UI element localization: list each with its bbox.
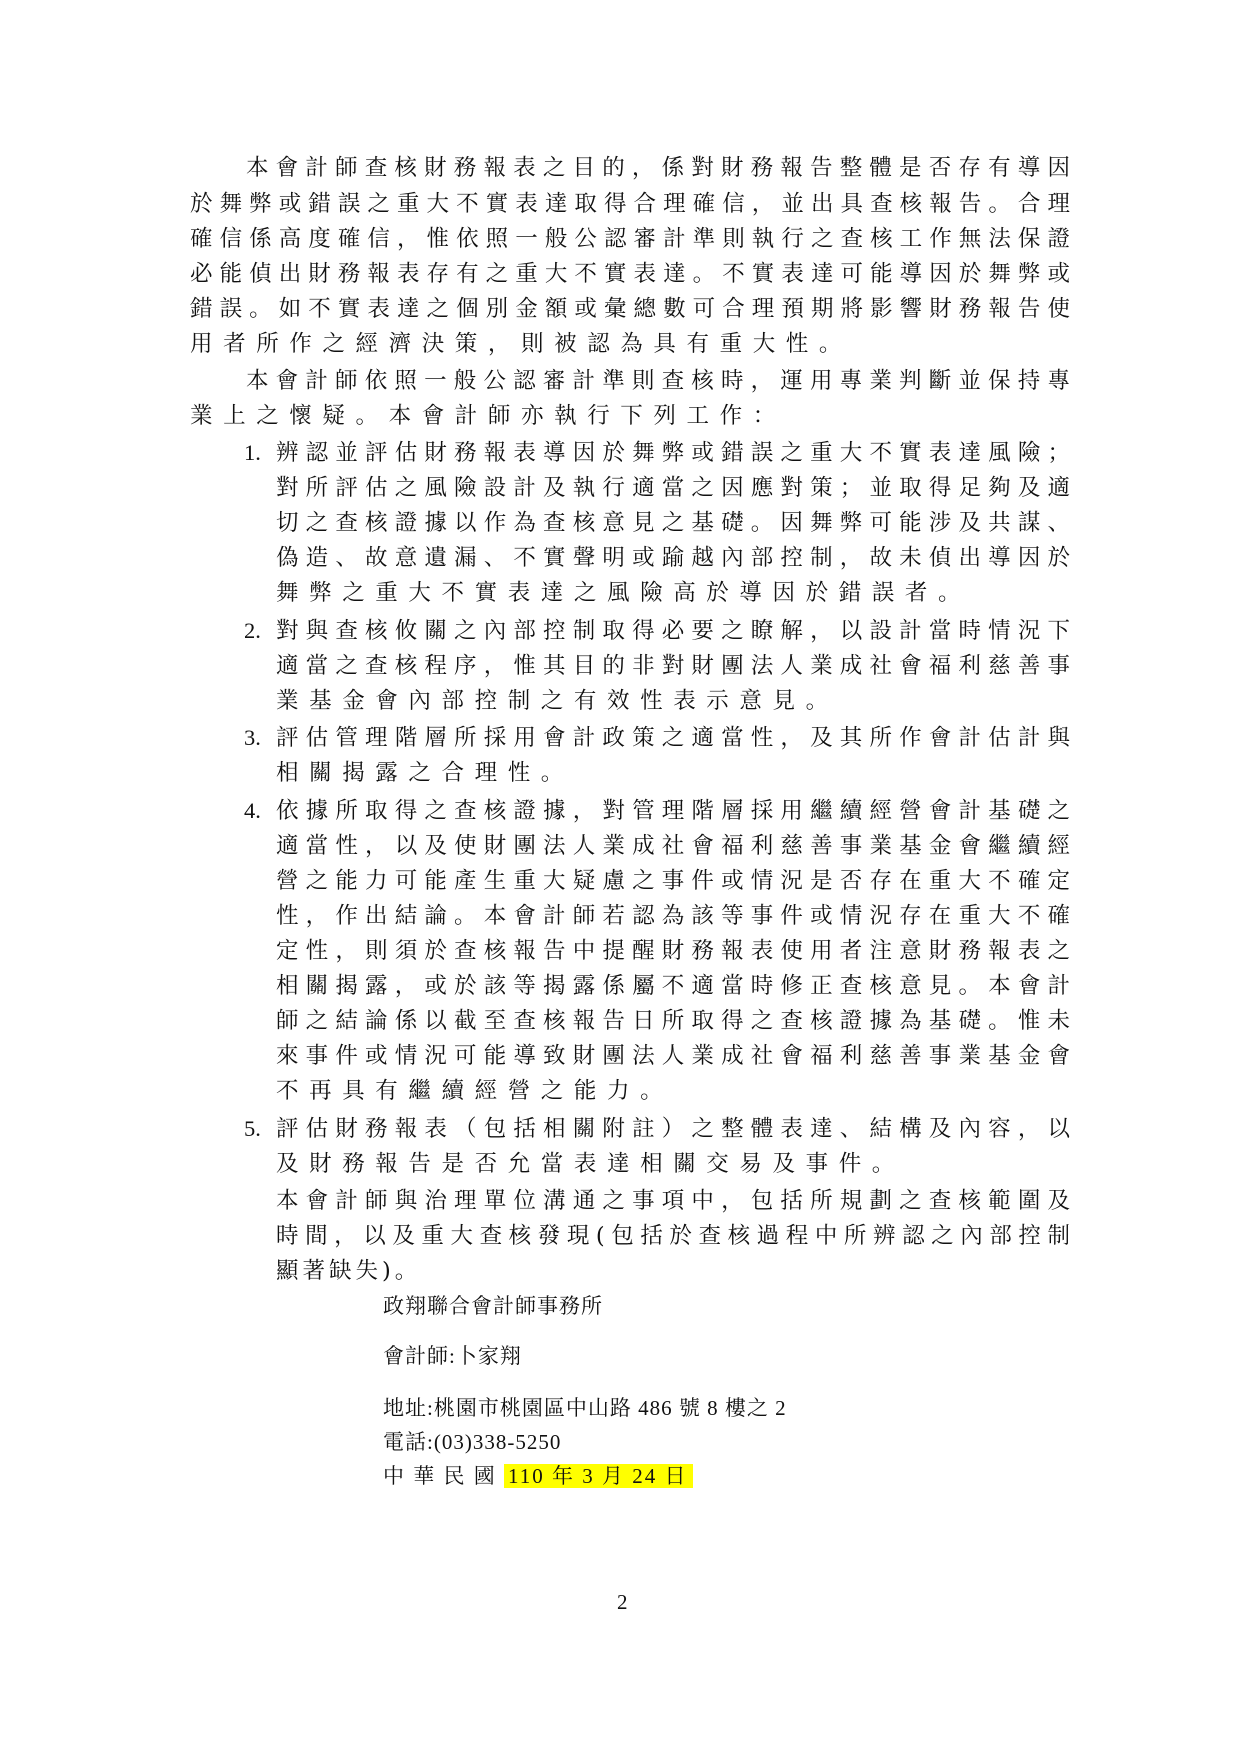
phone-line: 電話:(03)338-5250 bbox=[383, 1428, 561, 1456]
text-line: 定性，則須於查核報告中提醒財務報表使用者注意財務報表之 bbox=[276, 936, 1070, 966]
text-line: 適當性，以及使財團法人業成社會福利慈善事業基金會繼續經 bbox=[276, 831, 1070, 861]
text-line: 相關揭露，或於該等揭露係屬不適當時修正查核意見。本會計 bbox=[276, 971, 1070, 1001]
text-line: 依據所取得之查核證據，對管理階層採用繼續經營會計基礎之 bbox=[276, 796, 1070, 826]
text-line: 性，作出結論。本會計師若認為該等事件或情況存在重大不確 bbox=[276, 901, 1070, 931]
document-page: 本會計師查核財務報表之目的，係對財務報告整體是否存有導因 於舞弊或錯誤之重大不實… bbox=[0, 0, 1241, 1755]
text-line: 評估財務報表（包括相關附註）之整體表達、結構及內容，以 bbox=[276, 1114, 1070, 1144]
text-line: 師之結論係以截至查核報告日所取得之查核證據為基礎。惟未 bbox=[276, 1006, 1070, 1036]
text-line: 業上之懷疑。本會計師亦執行下列工作： bbox=[190, 401, 786, 431]
firm-name: 政翔聯合會計師事務所 bbox=[383, 1292, 603, 1320]
text-line: 本會計師與治理單位溝通之事項中，包括所規劃之查核範圍及 bbox=[276, 1186, 1070, 1216]
text-line: 對與查核攸關之內部控制取得必要之瞭解，以設計當時情況下 bbox=[276, 616, 1070, 646]
text-line: 用者所作之經濟決策，則被認為具有重大性。 bbox=[190, 329, 852, 359]
text-line: 辨認並評估財務報表導因於舞弊或錯誤之重大不實表達風險； bbox=[276, 438, 1070, 468]
address-label: 地址: bbox=[383, 1396, 434, 1420]
address-line: 地址:桃園市桃園區中山路 486 號 8 樓之 2 bbox=[383, 1394, 787, 1422]
text-line: 營之能力可能產生重大疑慮之事件或情況是否存在重大不確定 bbox=[276, 866, 1070, 896]
list-number: 5. bbox=[244, 1114, 261, 1144]
text-line: 偽造、故意遺漏、不實聲明或踰越內部控制，故未偵出導因於 bbox=[276, 543, 1070, 573]
text-line: 必能偵出財務報表存有之重大不實表達。不實表達可能導因於舞弊或 bbox=[190, 259, 1070, 289]
date-line: 中 華 民 國 110 年 3 月 24 日 bbox=[383, 1462, 693, 1490]
list-number: 2. bbox=[244, 616, 261, 646]
list-number: 1. bbox=[244, 438, 261, 468]
text-line: 相關揭露之合理性。 bbox=[276, 758, 574, 788]
accountant-line: 會計師:卜家翔 bbox=[383, 1342, 522, 1370]
accountant-label: 會計師: bbox=[383, 1344, 456, 1368]
text-line: 來事件或情況可能導致財團法人業成社會福利慈善事業基金會 bbox=[276, 1041, 1070, 1071]
address-value: 桃園市桃園區中山路 486 號 8 樓之 2 bbox=[434, 1396, 787, 1420]
text-line: 時間，以及重大查核發現(包括於查核過程中所辨認之內部控制 bbox=[276, 1221, 1070, 1251]
text-line: 切之查核證據以作為查核意見之基礎。因舞弊可能涉及共謀、 bbox=[276, 508, 1070, 538]
list-number: 3. bbox=[244, 723, 261, 753]
text-line: 對所評估之風險設計及執行適當之因應對策；並取得足夠及適 bbox=[276, 473, 1070, 503]
text-line: 錯誤。如不實表達之個別金額或彙總數可合理預期將影響財務報告使 bbox=[190, 294, 1070, 324]
text-line: 及財務報告是否允當表達相關交易及事件。 bbox=[276, 1149, 905, 1179]
text-line: 評估管理階層所採用會計政策之適當性，及其所作會計估計與 bbox=[276, 723, 1070, 753]
date-highlighted: 110 年 3 月 24 日 bbox=[504, 1464, 693, 1488]
list-number: 4. bbox=[244, 796, 261, 826]
accountant-name: 卜家翔 bbox=[456, 1344, 522, 1368]
text-line: 業基金會內部控制之有效性表示意見。 bbox=[276, 686, 839, 716]
phone-label: 電話: bbox=[383, 1430, 434, 1454]
page-number: 2 bbox=[617, 1588, 628, 1616]
text-line: 於舞弊或錯誤之重大不實表達取得合理確信，並出具查核報告。合理 bbox=[190, 189, 1070, 219]
text-line: 本會計師依照一般公認審計準則查核時，運用專業判斷並保持專 bbox=[246, 366, 1070, 396]
text-line: 適當之查核程序，惟其目的非對財團法人業成社會福利慈善事 bbox=[276, 651, 1070, 681]
text-line: 舞弊之重大不實表達之風險高於導因於錯誤者。 bbox=[276, 578, 971, 608]
text-line: 本會計師查核財務報表之目的，係對財務報告整體是否存有導因 bbox=[246, 153, 1070, 183]
text-line: 不再具有繼續經營之能力。 bbox=[276, 1076, 673, 1106]
phone-value: (03)338-5250 bbox=[434, 1430, 561, 1454]
text-line: 顯著缺失)。 bbox=[276, 1256, 421, 1286]
date-prefix: 中 華 民 國 bbox=[383, 1464, 497, 1488]
text-line: 確信係高度確信，惟依照一般公認審計準則執行之查核工作無法保證 bbox=[190, 224, 1070, 254]
